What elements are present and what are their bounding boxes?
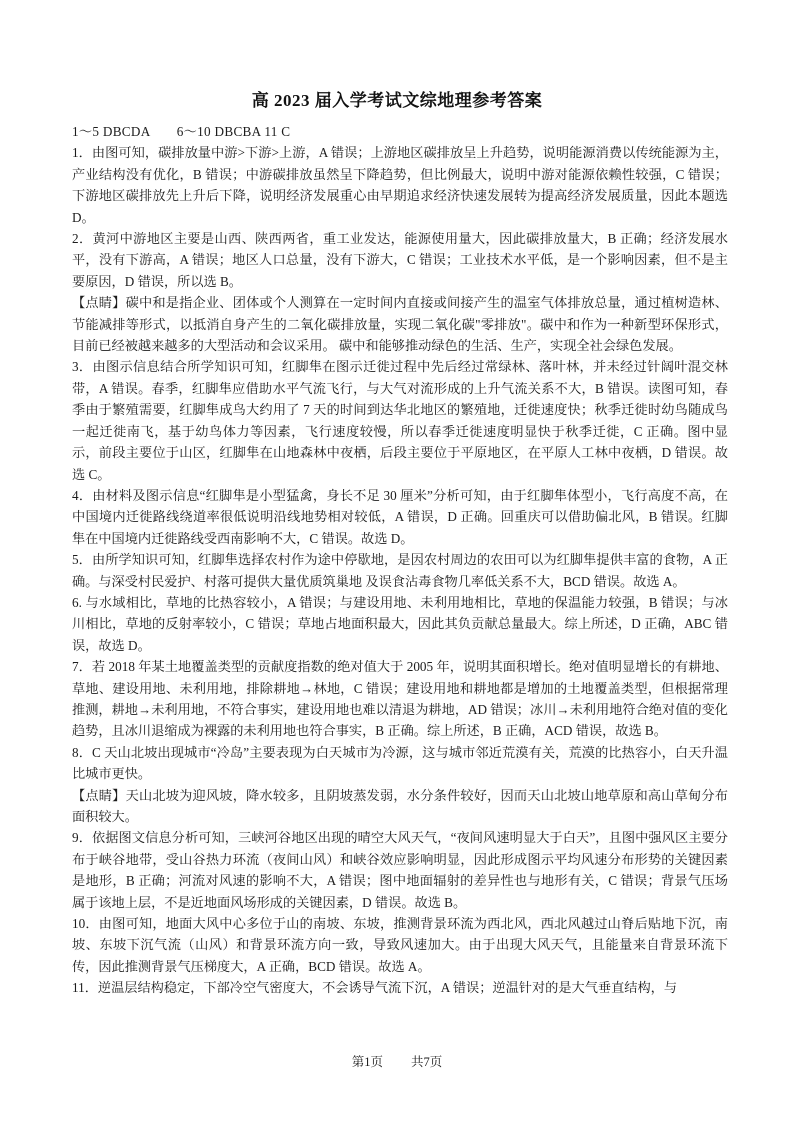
page-footer: 第1页共7页	[0, 1052, 794, 1070]
document-body: 1～5 DBCDA 6～10 DBCBA 11 C 1．由图可知，碳排放量中游>…	[72, 121, 728, 999]
paragraph-answer-6: 6. 与水域相比，草地的比热容较小，A 错误；与建设用地、未利用地相比，草地的保…	[72, 592, 728, 656]
paragraph-answer-4: 4．由材料及图示信息“红脚隼是小型猛禽，身长不足 30 厘米”分析可知，由于红脚…	[72, 485, 728, 549]
paragraph-answer-1: 1．由图可知，碳排放量中游>下游>上游，A 错误；上游地区碳排放呈上升趋势，说明…	[72, 142, 728, 228]
document-page: 高 2023 届入学考试文综地理参考答案 1～5 DBCDA 6～10 DBCB…	[0, 0, 794, 1123]
paragraph-answer-2: 2．黄河中游地区主要是山西、陕西两省，重工业发达，能源使用量大，因此碳排放量大，…	[72, 228, 728, 292]
footer-total-pages: 共7页	[411, 1055, 442, 1069]
paragraph-answer-10: 10．由图可知，地面大风中心多位于山的南坡、东坡，推测背景环流为西北风，西北风越…	[72, 913, 728, 977]
paragraph-answer-5: 5．由所学知识可知，红脚隼选择农村作为途中停歇地，是因农村周边的农田可以为红脚隼…	[72, 549, 728, 592]
footer-page-number: 第1页	[352, 1055, 383, 1069]
paragraph-note-carbon-neutral: 【点睛】碳中和是指企业、团体或个人测算在一定时间内直接或间接产生的温室气体排放总…	[72, 292, 728, 356]
page-title: 高 2023 届入学考试文综地理参考答案	[0, 86, 794, 111]
paragraph-answer-7: 7．若 2018 年某土地覆盖类型的贡献度指数的绝对值大于 2005 年，说明其…	[72, 656, 728, 742]
paragraph-answer-8: 8．C 天山北坡出现城市“冷岛”主要表现为白天城市为冷源，这与城市邻近荒漠有关，…	[72, 742, 728, 785]
paragraph-note-tianshan: 【点睛】天山北坡为迎风坡，降水较多，且阴坡蒸发弱，水分条件较好，因而天山北坡山地…	[72, 785, 728, 828]
paragraph-answer-9: 9．依据图文信息分析可知，三峡河谷地区出现的晴空大风天气，“夜间风速明显大于白天…	[72, 827, 728, 913]
paragraph-answer-3: 3．由图示信息结合所学知识可知，红脚隼在图示迁徙过程中先后经过常绿林、落叶林，并…	[72, 356, 728, 484]
paragraph-answer-11: 11．逆温层结构稳定，下部冷空气密度大，不会诱导气流下沉，A 错误；逆温针对的是…	[72, 977, 728, 998]
answer-key-line: 1～5 DBCDA 6～10 DBCBA 11 C	[72, 121, 728, 142]
